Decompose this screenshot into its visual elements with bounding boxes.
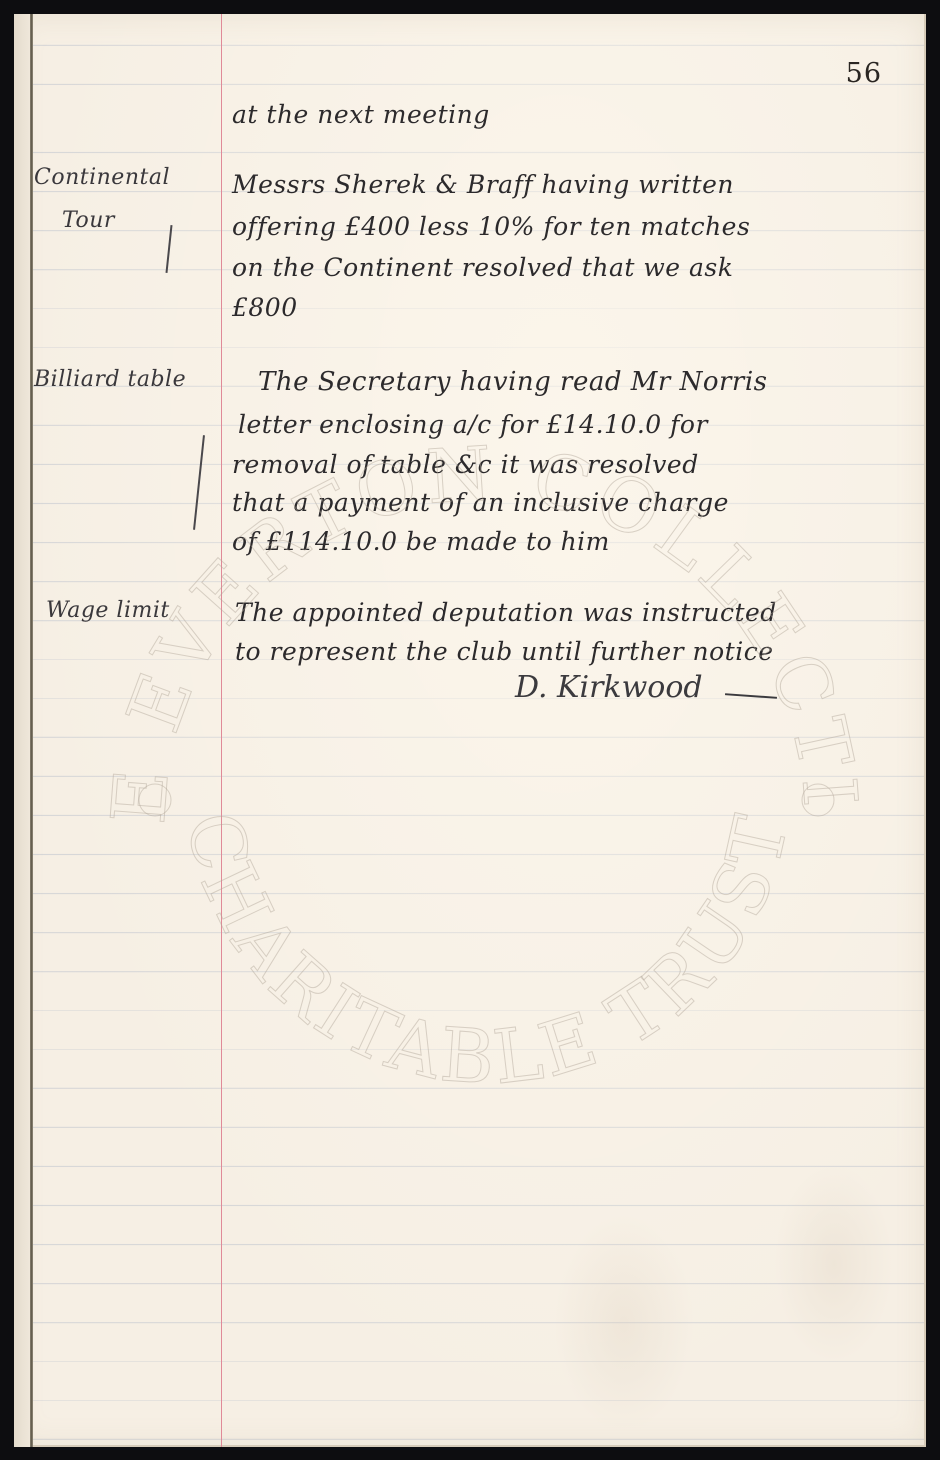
red-margin-line: [221, 14, 222, 1447]
entry-line: of £114.10.0 be made to him: [232, 527, 610, 556]
signature: D. Kirkwood: [515, 670, 703, 705]
side-label: Wage limit: [46, 598, 170, 623]
side-label: Tour: [62, 208, 115, 233]
binding-shadow: [14, 14, 30, 1447]
entry-line: The Secretary having read Mr Norris: [258, 367, 768, 397]
entry-line: on the Continent resolved that we ask: [232, 253, 733, 282]
entry-line: £800: [232, 293, 298, 322]
entry-line: at the next meeting: [232, 100, 490, 129]
side-label: Billiard table: [34, 367, 186, 392]
entry-line: letter enclosing a/c for £14.10.0 for: [238, 410, 708, 439]
entry-line: The appointed deputation was instructed: [235, 598, 777, 627]
binding-line: [30, 14, 33, 1447]
entry-line: offering £400 less 10% for ten matches: [232, 212, 750, 241]
entry-line: that a payment of an inclusive charge: [232, 488, 729, 517]
entry-line: to represent the club until further noti…: [235, 637, 774, 666]
paper-stain: [774, 1164, 894, 1364]
side-label: Continental: [34, 165, 170, 190]
entry-line: Messrs Sherek & Braff having written: [232, 170, 734, 199]
paper-stain: [554, 1214, 694, 1434]
entry-line: removal of table &c it was resolved: [232, 450, 699, 479]
page-number: 56: [846, 58, 882, 89]
